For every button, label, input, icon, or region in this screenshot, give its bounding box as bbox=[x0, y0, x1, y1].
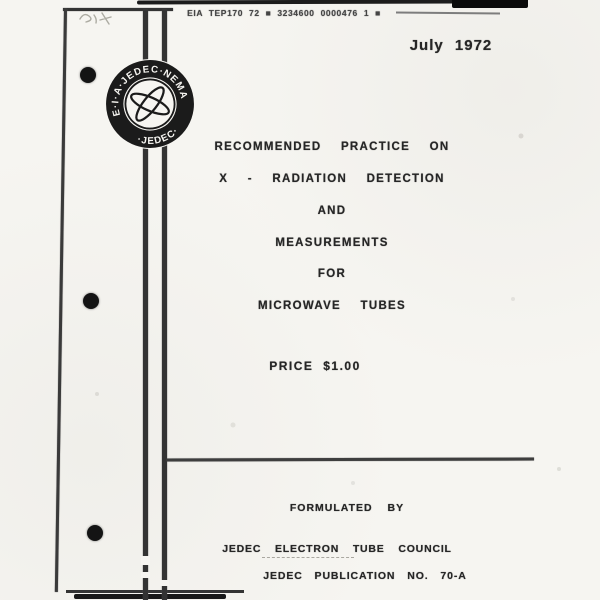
title-line-3: AND bbox=[182, 205, 482, 217]
title-line-6: MICROWAVE TUBES bbox=[182, 300, 482, 312]
scanned-page: EIA TEP170 72 ■ 3234600 0000476 1 ■ July… bbox=[0, 0, 600, 600]
price-label: PRICE $1.00 bbox=[180, 359, 450, 373]
title-line-4: MEASUREMENTS bbox=[182, 237, 482, 249]
publication-date: July 1972 bbox=[396, 37, 506, 54]
binding-rule-break bbox=[141, 572, 150, 578]
page-border-top-right bbox=[396, 12, 500, 14]
microfiche-header: EIA TEP170 72 ■ 3234600 0000476 1 ■ bbox=[172, 8, 396, 18]
publication-number-label: JEDEC PUBLICATION NO. 70-A bbox=[245, 570, 485, 582]
formulated-by-label: FORMULATED BY bbox=[227, 502, 467, 514]
binding-rule-break bbox=[141, 556, 150, 565]
punch-hole-top bbox=[80, 67, 96, 83]
handwritten-mark bbox=[78, 9, 118, 27]
page-border-bottom bbox=[66, 590, 244, 593]
scan-noise bbox=[0, 0, 2, 2]
title-line-1: RECOMMENDED PRACTICE ON bbox=[182, 141, 482, 153]
organization-label: JEDEC ELECTRON TUBE COUNCIL bbox=[217, 543, 457, 555]
punch-hole-bottom bbox=[87, 525, 103, 541]
punch-hole-middle bbox=[83, 293, 99, 309]
section-divider-rule bbox=[167, 458, 534, 461]
page-border-bottom-band bbox=[74, 594, 226, 599]
organization-underline-mark bbox=[262, 557, 354, 558]
title-line-5: FOR bbox=[182, 268, 482, 280]
scan-top-edge-bar bbox=[137, 0, 457, 5]
binding-rule-break bbox=[160, 580, 169, 586]
page-border-left bbox=[55, 9, 67, 592]
scan-top-edge-bar-dark bbox=[452, 0, 528, 8]
title-line-2: X - RADIATION DETECTION bbox=[182, 173, 482, 185]
